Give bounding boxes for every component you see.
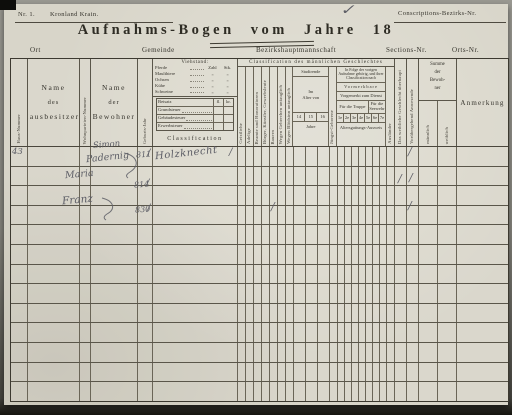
table-cell	[345, 265, 352, 284]
table-cell	[262, 206, 270, 225]
table-row	[11, 382, 508, 401]
table-cell	[138, 225, 153, 244]
table-cell	[278, 323, 286, 342]
table-cell	[330, 284, 338, 303]
col-juengst-geborene: Jüngst-Geborene	[329, 67, 337, 146]
table-cell	[395, 225, 407, 244]
vormerk-split: Für die Truppe Für die Seewehr	[337, 101, 385, 114]
table-cell	[438, 245, 457, 264]
table-cell	[262, 167, 270, 186]
table-cell	[419, 382, 438, 401]
table-cell	[11, 382, 28, 401]
age-16: 16	[317, 113, 328, 121]
table-cell	[373, 225, 380, 244]
table-cell	[294, 147, 306, 166]
table-cell	[352, 363, 359, 382]
table-cell	[270, 382, 278, 401]
table-cell	[338, 265, 345, 284]
table-cell	[153, 304, 238, 323]
steuer-kr: kr.	[223, 99, 233, 106]
table-cell	[318, 186, 330, 205]
table-cell	[359, 225, 366, 244]
table-cell	[246, 304, 254, 323]
viehstand-box: Viehstand: PferdeZahlStk. Maulthiere„„ O…	[153, 59, 237, 97]
table-cell	[438, 343, 457, 362]
table-cell	[345, 284, 352, 303]
table-cell	[11, 265, 28, 284]
table-cell	[419, 343, 438, 362]
table-cell	[270, 245, 278, 264]
table-cell	[330, 147, 338, 166]
table-cell	[373, 167, 380, 186]
table-cell	[306, 167, 318, 186]
table-cell	[80, 186, 91, 205]
table-cell	[270, 206, 278, 225]
table-cell	[138, 382, 153, 401]
table-cell	[306, 186, 318, 205]
table-row	[11, 225, 508, 245]
table-row	[11, 167, 508, 187]
col-haus-nummer: Haus-Nummer	[11, 59, 28, 146]
table-cell	[352, 382, 359, 401]
table-cell	[419, 363, 438, 382]
table-cell	[11, 363, 28, 382]
table-cell	[380, 186, 387, 205]
male-col-1-label: Geistliche	[239, 123, 244, 144]
table-cell	[359, 147, 366, 166]
conscription-district-label: Conscriptions-Bezirks-Nr.	[398, 10, 476, 17]
table-cell	[338, 206, 345, 225]
table-cell	[91, 245, 138, 264]
table-cell	[338, 147, 345, 166]
table-cell	[262, 186, 270, 205]
table-cell	[91, 147, 138, 166]
table-cell	[91, 186, 138, 205]
table-cell	[407, 225, 419, 244]
male-col-4: Bürger, Künstler, Gewerbsleute	[262, 67, 270, 146]
form-title: Aufnahms-Bogen vom Jahre 18	[4, 22, 468, 39]
table-cell	[254, 206, 262, 225]
summe-weiblich-label: weiblich	[445, 127, 450, 144]
table-cell	[419, 147, 438, 166]
table-cell	[380, 343, 387, 362]
table-cell	[373, 147, 380, 166]
table-cell	[419, 245, 438, 264]
table-cell	[359, 363, 366, 382]
table-cell	[338, 245, 345, 264]
table-cell	[457, 343, 508, 362]
table-cell	[318, 245, 330, 264]
table-cell	[359, 245, 366, 264]
table-cell	[395, 245, 407, 264]
table-cell	[387, 382, 395, 401]
table-cell	[380, 323, 387, 342]
table-cell	[306, 304, 318, 323]
table-cell	[262, 265, 270, 284]
table-cell	[278, 147, 286, 166]
table-cell	[306, 265, 318, 284]
table-cell	[330, 225, 338, 244]
male-col-7-label: Wegen Blödsinn untauglich	[287, 88, 292, 144]
table-cell	[138, 245, 153, 264]
table-cell	[318, 167, 330, 186]
table-cell	[238, 167, 246, 186]
auslaender-label: Ausländer	[388, 123, 393, 144]
table-cell	[254, 343, 262, 362]
table-cell	[330, 363, 338, 382]
table-cell	[306, 323, 318, 342]
table-cell	[246, 206, 254, 225]
table-cell	[366, 186, 373, 205]
table-cell	[457, 186, 508, 205]
classification-label: Classification	[153, 132, 237, 146]
table-cell	[286, 382, 294, 401]
table-cell	[338, 382, 345, 401]
table-cell	[278, 225, 286, 244]
table-cell	[318, 284, 330, 303]
table-cell	[11, 284, 28, 303]
table-cell	[407, 167, 419, 186]
table-cell	[286, 284, 294, 303]
male-col-2-label: Adelige	[247, 128, 252, 144]
studirende-caption: Jahre	[293, 122, 328, 146]
table-cell	[28, 206, 80, 225]
table-cell	[457, 382, 508, 401]
table-cell	[28, 245, 80, 264]
table-cell	[352, 245, 359, 264]
table-cell	[246, 186, 254, 205]
table-cell	[407, 323, 419, 342]
table-cell	[345, 382, 352, 401]
col-bewohner: Name der Bewohner	[91, 59, 138, 146]
table-cell	[246, 323, 254, 342]
table-cell	[254, 284, 262, 303]
table-cell	[352, 265, 359, 284]
table-cell	[28, 363, 80, 382]
table-cell	[28, 284, 80, 303]
table-cell	[306, 206, 318, 225]
table-cell	[153, 343, 238, 362]
male-col-4-label: Bürger, Künstler, Gewerbsleute	[263, 80, 268, 144]
table-cell	[395, 343, 407, 362]
kronland-label: Kronland Krain.	[50, 11, 99, 18]
table-cell	[407, 304, 419, 323]
table-cell	[338, 167, 345, 186]
table-cell	[28, 225, 80, 244]
table-cell	[286, 245, 294, 264]
table-cell	[345, 343, 352, 362]
table-cell	[238, 206, 246, 225]
table-cell	[238, 186, 246, 205]
col-classification: Viehstand: PferdeZahlStk. Maulthiere„„ O…	[153, 59, 238, 146]
table-cell	[238, 147, 246, 166]
summe-weiblich: weiblich	[438, 101, 456, 146]
table-cell	[395, 206, 407, 225]
table-cell	[407, 265, 419, 284]
table-cell	[366, 284, 373, 303]
table-cell	[153, 284, 238, 303]
table-cell	[286, 304, 294, 323]
table-cell	[80, 167, 91, 186]
table-cell	[345, 304, 352, 323]
table-cell	[28, 167, 80, 186]
table-cell	[380, 206, 387, 225]
table-row	[11, 206, 508, 226]
col-auslaender: Ausländer	[386, 67, 394, 146]
table-cell	[359, 206, 366, 225]
table-cell	[270, 284, 278, 303]
bewohner-l3: Bewohner	[93, 109, 136, 125]
table-cell	[286, 167, 294, 186]
table-cell	[407, 206, 419, 225]
table-cell	[395, 265, 407, 284]
table-cell	[438, 167, 457, 186]
stud-sub2: Alter von	[293, 95, 328, 101]
table-cell	[294, 225, 306, 244]
table-cell	[306, 245, 318, 264]
male-col-6-label: Wegen Gebrechen untauglich	[279, 85, 284, 144]
seewehr-label: Für die Seewehr	[369, 101, 385, 113]
table-cell	[91, 382, 138, 401]
table-cell	[407, 186, 419, 205]
table-cell	[338, 225, 345, 244]
table-cell	[407, 147, 419, 166]
table-cell	[352, 323, 359, 342]
table-cell	[387, 343, 395, 362]
table-cell	[373, 363, 380, 382]
table-cell	[359, 343, 366, 362]
table-cell	[28, 304, 80, 323]
table-cell	[318, 206, 330, 225]
table-cell	[11, 167, 28, 186]
table-cell	[359, 167, 366, 186]
table-cell	[91, 343, 138, 362]
table-cell	[387, 167, 395, 186]
table-cell	[457, 206, 508, 225]
steuer-row1: Grundsteuer	[158, 107, 181, 114]
table-cell	[345, 186, 352, 205]
table-cell	[438, 363, 457, 382]
table-cell	[254, 323, 262, 342]
summe-maennlich-label: männlich	[426, 125, 431, 144]
class-6: 6e	[372, 114, 379, 122]
group-male-classification: Classification des männlichen Geschlecht…	[238, 59, 395, 146]
form-paper: Nr. 1. Kronland Krain. Conscriptions-Bez…	[4, 4, 508, 405]
male-col-5: Bauern	[270, 67, 278, 146]
table-cell	[28, 382, 80, 401]
table-cell	[338, 304, 345, 323]
table-cell	[91, 167, 138, 186]
table-cell	[278, 206, 286, 225]
table-cell	[373, 323, 380, 342]
table-cell	[138, 147, 153, 166]
table-cell	[153, 186, 238, 205]
table-cell	[438, 186, 457, 205]
table-cell	[438, 323, 457, 342]
table-cell	[138, 323, 153, 342]
scanned-photo: { "header": { "sheet_no": "Nr. 1.", "kro…	[0, 0, 512, 415]
table-cell	[380, 363, 387, 382]
class-3: 3e	[351, 114, 358, 122]
table-cell	[262, 363, 270, 382]
table-cell	[294, 323, 306, 342]
summe-maennlich: männlich	[419, 101, 438, 146]
table-cell	[11, 323, 28, 342]
male-col-7: Wegen Blödsinn untauglich	[286, 67, 294, 146]
table-cell	[286, 363, 294, 382]
table-cell	[407, 343, 419, 362]
table-cell	[395, 382, 407, 401]
table-cell	[387, 284, 395, 303]
table-cell	[246, 225, 254, 244]
table-cell	[330, 265, 338, 284]
group-studirende: Studirende Im Alter von 14 15 16 Jahre	[293, 67, 329, 146]
table-cell	[387, 225, 395, 244]
table-cell	[286, 147, 294, 166]
table-cell	[246, 265, 254, 284]
table-cell	[359, 265, 366, 284]
table-cell	[246, 167, 254, 186]
anwesend-label: Vorübergehend Anwesende	[410, 89, 415, 144]
table-cell	[373, 382, 380, 401]
table-cell	[91, 323, 138, 342]
table-cell	[359, 304, 366, 323]
steuer-title: Beisatz	[157, 99, 213, 106]
table-cell	[28, 265, 80, 284]
table-cell	[366, 167, 373, 186]
table-cell	[380, 225, 387, 244]
table-cell	[457, 167, 508, 186]
table-cell	[387, 265, 395, 284]
table-body	[11, 147, 508, 401]
table-cell	[306, 284, 318, 303]
table-row	[11, 363, 508, 383]
table-cell	[338, 323, 345, 342]
table-cell	[318, 225, 330, 244]
table-cell	[318, 304, 330, 323]
table-cell	[270, 343, 278, 362]
studirende-ages: 14 15 16	[293, 113, 328, 122]
table-cell	[270, 147, 278, 166]
table-cell	[380, 265, 387, 284]
table-cell	[306, 382, 318, 401]
class-7: 7e	[379, 114, 385, 122]
table-cell	[387, 304, 395, 323]
table-cell	[373, 304, 380, 323]
table-cell	[318, 363, 330, 382]
steuer-row2: Gebäudesteuer	[158, 115, 185, 122]
summe-l1: Summe	[419, 61, 456, 69]
table-cell	[80, 265, 91, 284]
table-cell	[294, 343, 306, 362]
table-cell	[373, 245, 380, 264]
table-cell	[419, 225, 438, 244]
field-orts-nr: Orts-Nr.	[452, 46, 479, 54]
table-cell	[330, 186, 338, 205]
table-cell	[153, 265, 238, 284]
sheet-number: Nr. 1.	[18, 11, 35, 18]
table-cell	[138, 343, 153, 362]
table-cell	[138, 206, 153, 225]
table-cell	[238, 284, 246, 303]
table-cell	[80, 304, 91, 323]
table-cell	[80, 245, 91, 264]
table-cell	[380, 167, 387, 186]
table-cell	[262, 343, 270, 362]
age-15: 15	[305, 113, 317, 121]
table-cell	[91, 206, 138, 225]
table-cell	[387, 186, 395, 205]
table-cell	[330, 167, 338, 186]
table-cell	[419, 167, 438, 186]
table-cell	[387, 147, 395, 166]
table-row	[11, 304, 508, 324]
table-row	[11, 323, 508, 343]
table-cell	[395, 284, 407, 303]
class-1: 1e	[337, 114, 344, 122]
table-cell	[254, 382, 262, 401]
steuer-row3: Erwerbsteuer	[158, 123, 183, 130]
table-cell	[380, 284, 387, 303]
table-cell	[246, 147, 254, 166]
table-cell	[80, 284, 91, 303]
table-cell	[306, 363, 318, 382]
vormerk-title: In Folge der vorigen Aufnahme gehörig, u…	[337, 67, 385, 83]
table-cell	[438, 382, 457, 401]
table-row	[11, 186, 508, 206]
table-cell	[352, 206, 359, 225]
table-cell	[330, 382, 338, 401]
table-cell	[380, 245, 387, 264]
table-cell	[11, 186, 28, 205]
table-cell	[366, 225, 373, 244]
table-cell	[11, 245, 28, 264]
table-cell	[11, 225, 28, 244]
table-cell	[80, 206, 91, 225]
table-cell	[330, 245, 338, 264]
ditto-mark: „	[205, 89, 220, 95]
table-cell	[11, 206, 28, 225]
table-cell	[270, 167, 278, 186]
table-cell	[387, 363, 395, 382]
table-cell	[387, 323, 395, 342]
table-cell	[407, 245, 419, 264]
table-header: Haus-Nummer Name des Hausbesitzers Wohnp…	[11, 59, 508, 147]
ditto-mark: „	[220, 89, 235, 95]
table-cell	[153, 225, 238, 244]
table-cell	[438, 304, 457, 323]
table-cell	[457, 284, 508, 303]
male-col-6: Wegen Gebrechen untauglich	[278, 67, 286, 146]
table-row	[11, 265, 508, 285]
table-cell	[138, 186, 153, 205]
table-cell	[407, 382, 419, 401]
table-cell	[345, 363, 352, 382]
vormerk-sub: Vormerkbare	[337, 83, 385, 92]
table-cell	[262, 147, 270, 166]
table-cell	[254, 245, 262, 264]
table-cell	[380, 147, 387, 166]
age-14: 14	[293, 113, 305, 121]
table-cell	[352, 186, 359, 205]
photo-corner-shadow	[0, 0, 16, 10]
table-cell	[345, 147, 352, 166]
table-cell	[91, 265, 138, 284]
table-cell	[286, 323, 294, 342]
table-cell	[318, 265, 330, 284]
vieh-row5: Schweine	[155, 89, 189, 95]
table-cell	[138, 167, 153, 186]
